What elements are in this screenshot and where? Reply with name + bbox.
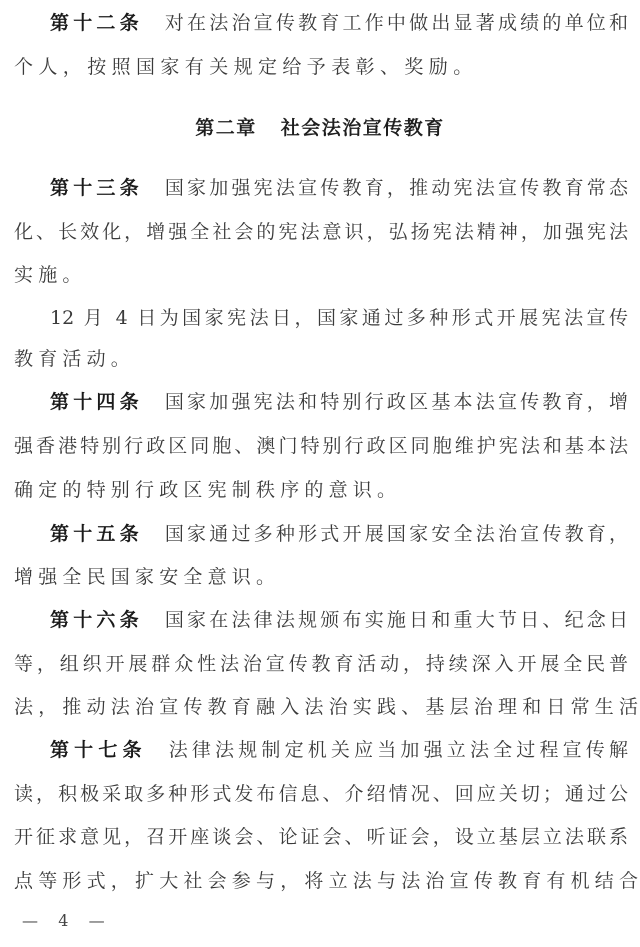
body-text: 个人，按照国家有关规定给予表彰、奖励。 bbox=[14, 56, 478, 78]
article-heading: 第十五条 bbox=[50, 523, 143, 545]
dash-left: — bbox=[22, 906, 38, 936]
article-16-line-3: 法，推动法治宣传教育融入法治实践、基层治理和日常生活。 bbox=[14, 692, 640, 722]
body-text: 实施。 bbox=[14, 264, 87, 286]
body-text: 国家通过多种形式开展国家安全法治宣传教育， bbox=[165, 523, 628, 545]
article-12-line-1: 第十二条对在法治宣传教育工作中做出显著成绩的单位和 bbox=[50, 8, 628, 38]
article-heading: 第十六条 bbox=[50, 609, 143, 631]
article-14-line-1: 第十四条国家加强宪法和特别行政区基本法宣传教育，增 bbox=[50, 387, 628, 417]
body-text: 国家在法律法规颁布实施日和重大节日、纪念日 bbox=[165, 609, 628, 631]
body-text: 化、长效化，增强全社会的宪法意识，弘扬宪法精神，加强宪法 bbox=[14, 221, 628, 243]
body-text: 强香港特别行政区同胞、澳门特别行政区同胞维护宪法和基本法 bbox=[14, 435, 628, 457]
article-17-line-1: 第十七条法律法规制定机关应当加强立法全过程宣传解 bbox=[50, 735, 628, 765]
body-text: 国家加强宪法和特别行政区基本法宣传教育，增 bbox=[165, 391, 628, 413]
article-14-line-2: 强香港特别行政区同胞、澳门特别行政区同胞维护宪法和基本法 bbox=[14, 431, 628, 461]
article-14-line-3: 确定的特别行政区宪制秩序的意识。 bbox=[14, 475, 401, 505]
article-13-para-2-line-1: 12 月 4 日为国家宪法日，国家通过多种形式开展宪法宣传 bbox=[50, 303, 628, 333]
article-heading: 第十四条 bbox=[50, 391, 143, 413]
article-17-line-3: 开征求意见，召开座谈会、论证会、听证会，设立基层立法联系 bbox=[14, 822, 628, 852]
article-17-line-2: 读，积极采取多种形式发布信息、介绍情况、回应关切；通过公 bbox=[14, 779, 628, 809]
body-text: 读，积极采取多种形式发布信息、介绍情况、回应关切；通过公 bbox=[14, 783, 628, 805]
body-text: 国家加强宪法宣传教育，推动宪法宣传教育常态 bbox=[165, 177, 628, 199]
chapter-title: 社会法治宣传教育 bbox=[281, 117, 445, 139]
article-12-line-2: 个人，按照国家有关规定给予表彰、奖励。 bbox=[14, 52, 478, 82]
article-15-line-1: 第十五条国家通过多种形式开展国家安全法治宣传教育， bbox=[50, 519, 628, 549]
article-heading: 第十二条 bbox=[50, 12, 143, 34]
body-text: 增强全民国家安全意识。 bbox=[14, 566, 280, 588]
body-text: 法，推动法治宣传教育融入法治实践、基层治理和日常生活。 bbox=[14, 696, 640, 718]
body-text: 确定的特别行政区宪制秩序的意识。 bbox=[14, 479, 401, 501]
article-16-line-1: 第十六条国家在法律法规颁布实施日和重大节日、纪念日 bbox=[50, 605, 628, 635]
body-text: 教育活动。 bbox=[14, 348, 135, 370]
article-15-line-2: 增强全民国家安全意识。 bbox=[14, 562, 280, 592]
article-13-para-2-line-2: 教育活动。 bbox=[14, 344, 135, 374]
article-16-line-2: 等，组织开展群众性法治宣传教育活动，持续深入开展全民普 bbox=[14, 649, 628, 679]
article-13-line-2: 化、长效化，增强全社会的宪法意识，弘扬宪法精神，加强宪法 bbox=[14, 217, 628, 247]
body-text: 对在法治宣传教育工作中做出显著成绩的单位和 bbox=[165, 12, 628, 34]
body-text: 法律法规制定机关应当加强立法全过程宣传解 bbox=[169, 739, 628, 761]
body-text: 开征求意见，召开座谈会、论证会、听证会，设立基层立法联系 bbox=[14, 826, 628, 848]
article-18-line-1 bbox=[50, 866, 628, 896]
dash-right: — bbox=[89, 906, 105, 936]
body-text: 等，组织开展群众性法治宣传教育活动，持续深入开展全民普 bbox=[14, 653, 628, 675]
article-heading: 第十七条 bbox=[50, 739, 147, 761]
chapter-number: 第二章 bbox=[195, 117, 257, 139]
article-13-line-1: 第十三条国家加强宪法宣传教育，推动宪法宣传教育常态 bbox=[50, 173, 628, 203]
chapter-heading: 第二章社会法治宣传教育 bbox=[0, 113, 640, 143]
page-number: — 4 — bbox=[22, 906, 105, 936]
article-13-line-3: 实施。 bbox=[14, 260, 87, 290]
body-text: 12 月 4 日为国家宪法日，国家通过多种形式开展宪法宣传 bbox=[50, 307, 628, 329]
page-number-value: 4 bbox=[58, 906, 68, 936]
article-heading: 第十三条 bbox=[50, 177, 143, 199]
